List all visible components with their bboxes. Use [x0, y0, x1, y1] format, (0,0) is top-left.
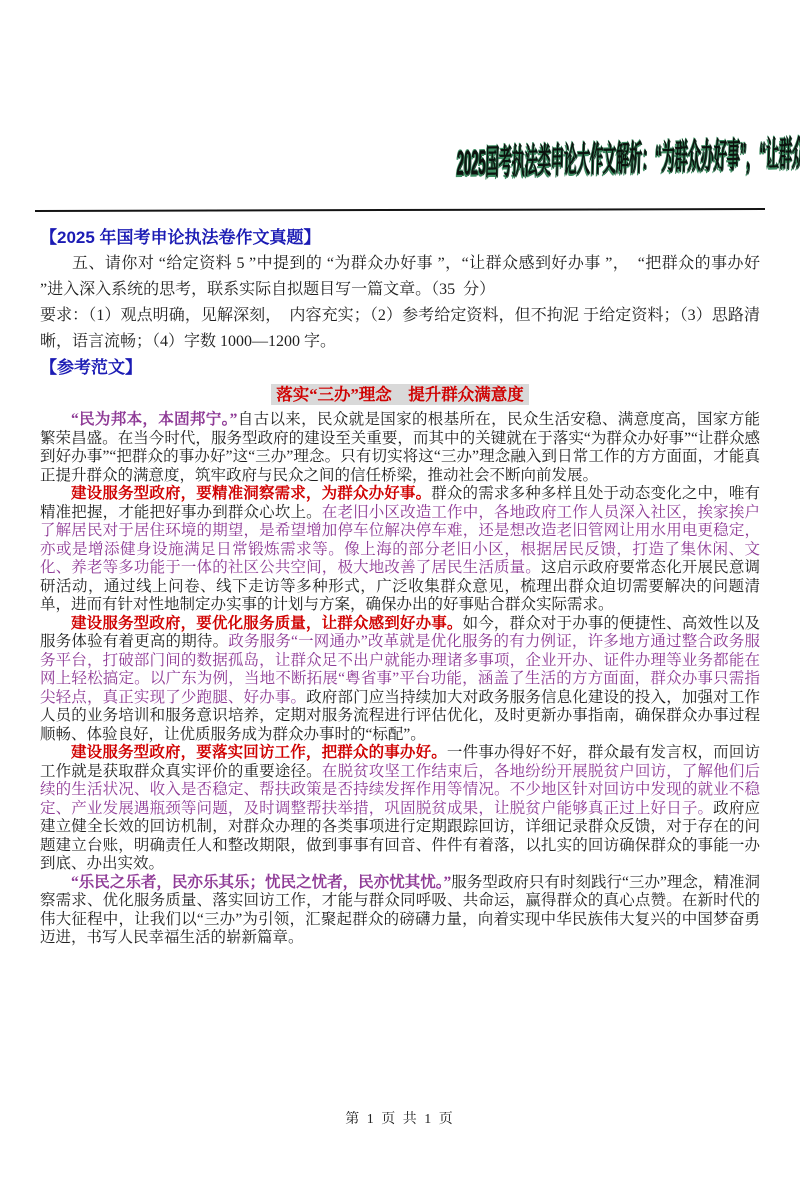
essay-paragraph: “民为邦本，本固邦宁。”自古以来，民众就是国家的根基所在，民众生活安稳、满意度高… — [40, 411, 760, 485]
page-number: 第 1 页 共 1 页 — [0, 1108, 800, 1128]
question-section-heading: 【2025 年国考申论执法卷作文真题】 — [40, 225, 760, 251]
question-prompt: 五、请你对 “给定资料 5 ”中提到的 “为群众办好事 ”，“让群众感到好办事 … — [40, 251, 760, 303]
essay-paragraph: 建设服务型政府，要精准洞察需求，为群众办好事。群众的需求多种多样且处于动态变化之… — [40, 485, 760, 615]
text-segment: 建设服务型政府，要精准洞察需求，为群众办好事。 — [71, 485, 431, 502]
text-segment: 建设服务型政府，要优化服务质量，让群众感到好办事。 — [71, 615, 463, 632]
document-body: 【2025 年国考申论执法卷作文真题】 五、请你对 “给定资料 5 ”中提到的 … — [0, 211, 800, 948]
text-segment: “乐民之乐者，民亦乐其乐；忧民之忧者，民亦忧其忧。” — [71, 874, 451, 891]
essay-paragraph: 建设服务型政府，要落实回访工作，把群众的事办好。一件事办得好不好，群众最有发言权… — [40, 744, 760, 874]
essay-title: 落实“三办”理念 提升群众满意度 — [271, 384, 529, 405]
text-segment: 建设服务型政府，要落实回访工作，把群众的事办好。 — [71, 744, 447, 761]
question-requirements: 要求：（1）观点明确，见解深刻， 内容充实；（2）参考给定资料，但不拘泥 于给定… — [40, 303, 760, 355]
document-page: 2025国考执法类申论大作文解析：“为群众办好事”，“让群众感到好办事”，“把群… — [0, 0, 800, 1177]
wordart-banner: 2025国考执法类申论大作文解析：“为群众办好事”，“让群众感到好办事”，“把群… — [0, 128, 800, 173]
essay-title-line: 落实“三办”理念 提升群众满意度 — [40, 382, 760, 408]
essay-paragraphs: “民为邦本，本固邦宁。”自古以来，民众就是国家的根基所在，民众生活安稳、满意度高… — [40, 411, 760, 948]
essay-section-heading: 【参考范文】 — [40, 355, 760, 381]
essay-paragraph: 建设服务型政府，要优化服务质量，让群众感到好办事。如今，群众对于办事的便捷性、高… — [40, 615, 760, 745]
text-segment: “民为邦本，本固邦宁。” — [71, 411, 237, 428]
wordart-title: 2025国考执法类申论大作文解析：“为群众办好事”，“让群众感到好办事”，“把群… — [456, 116, 800, 185]
essay-paragraph: “乐民之乐者，民亦乐其乐；忧民之忧者，民亦忧其忧。”服务型政府只有时刻践行“三办… — [40, 874, 760, 948]
